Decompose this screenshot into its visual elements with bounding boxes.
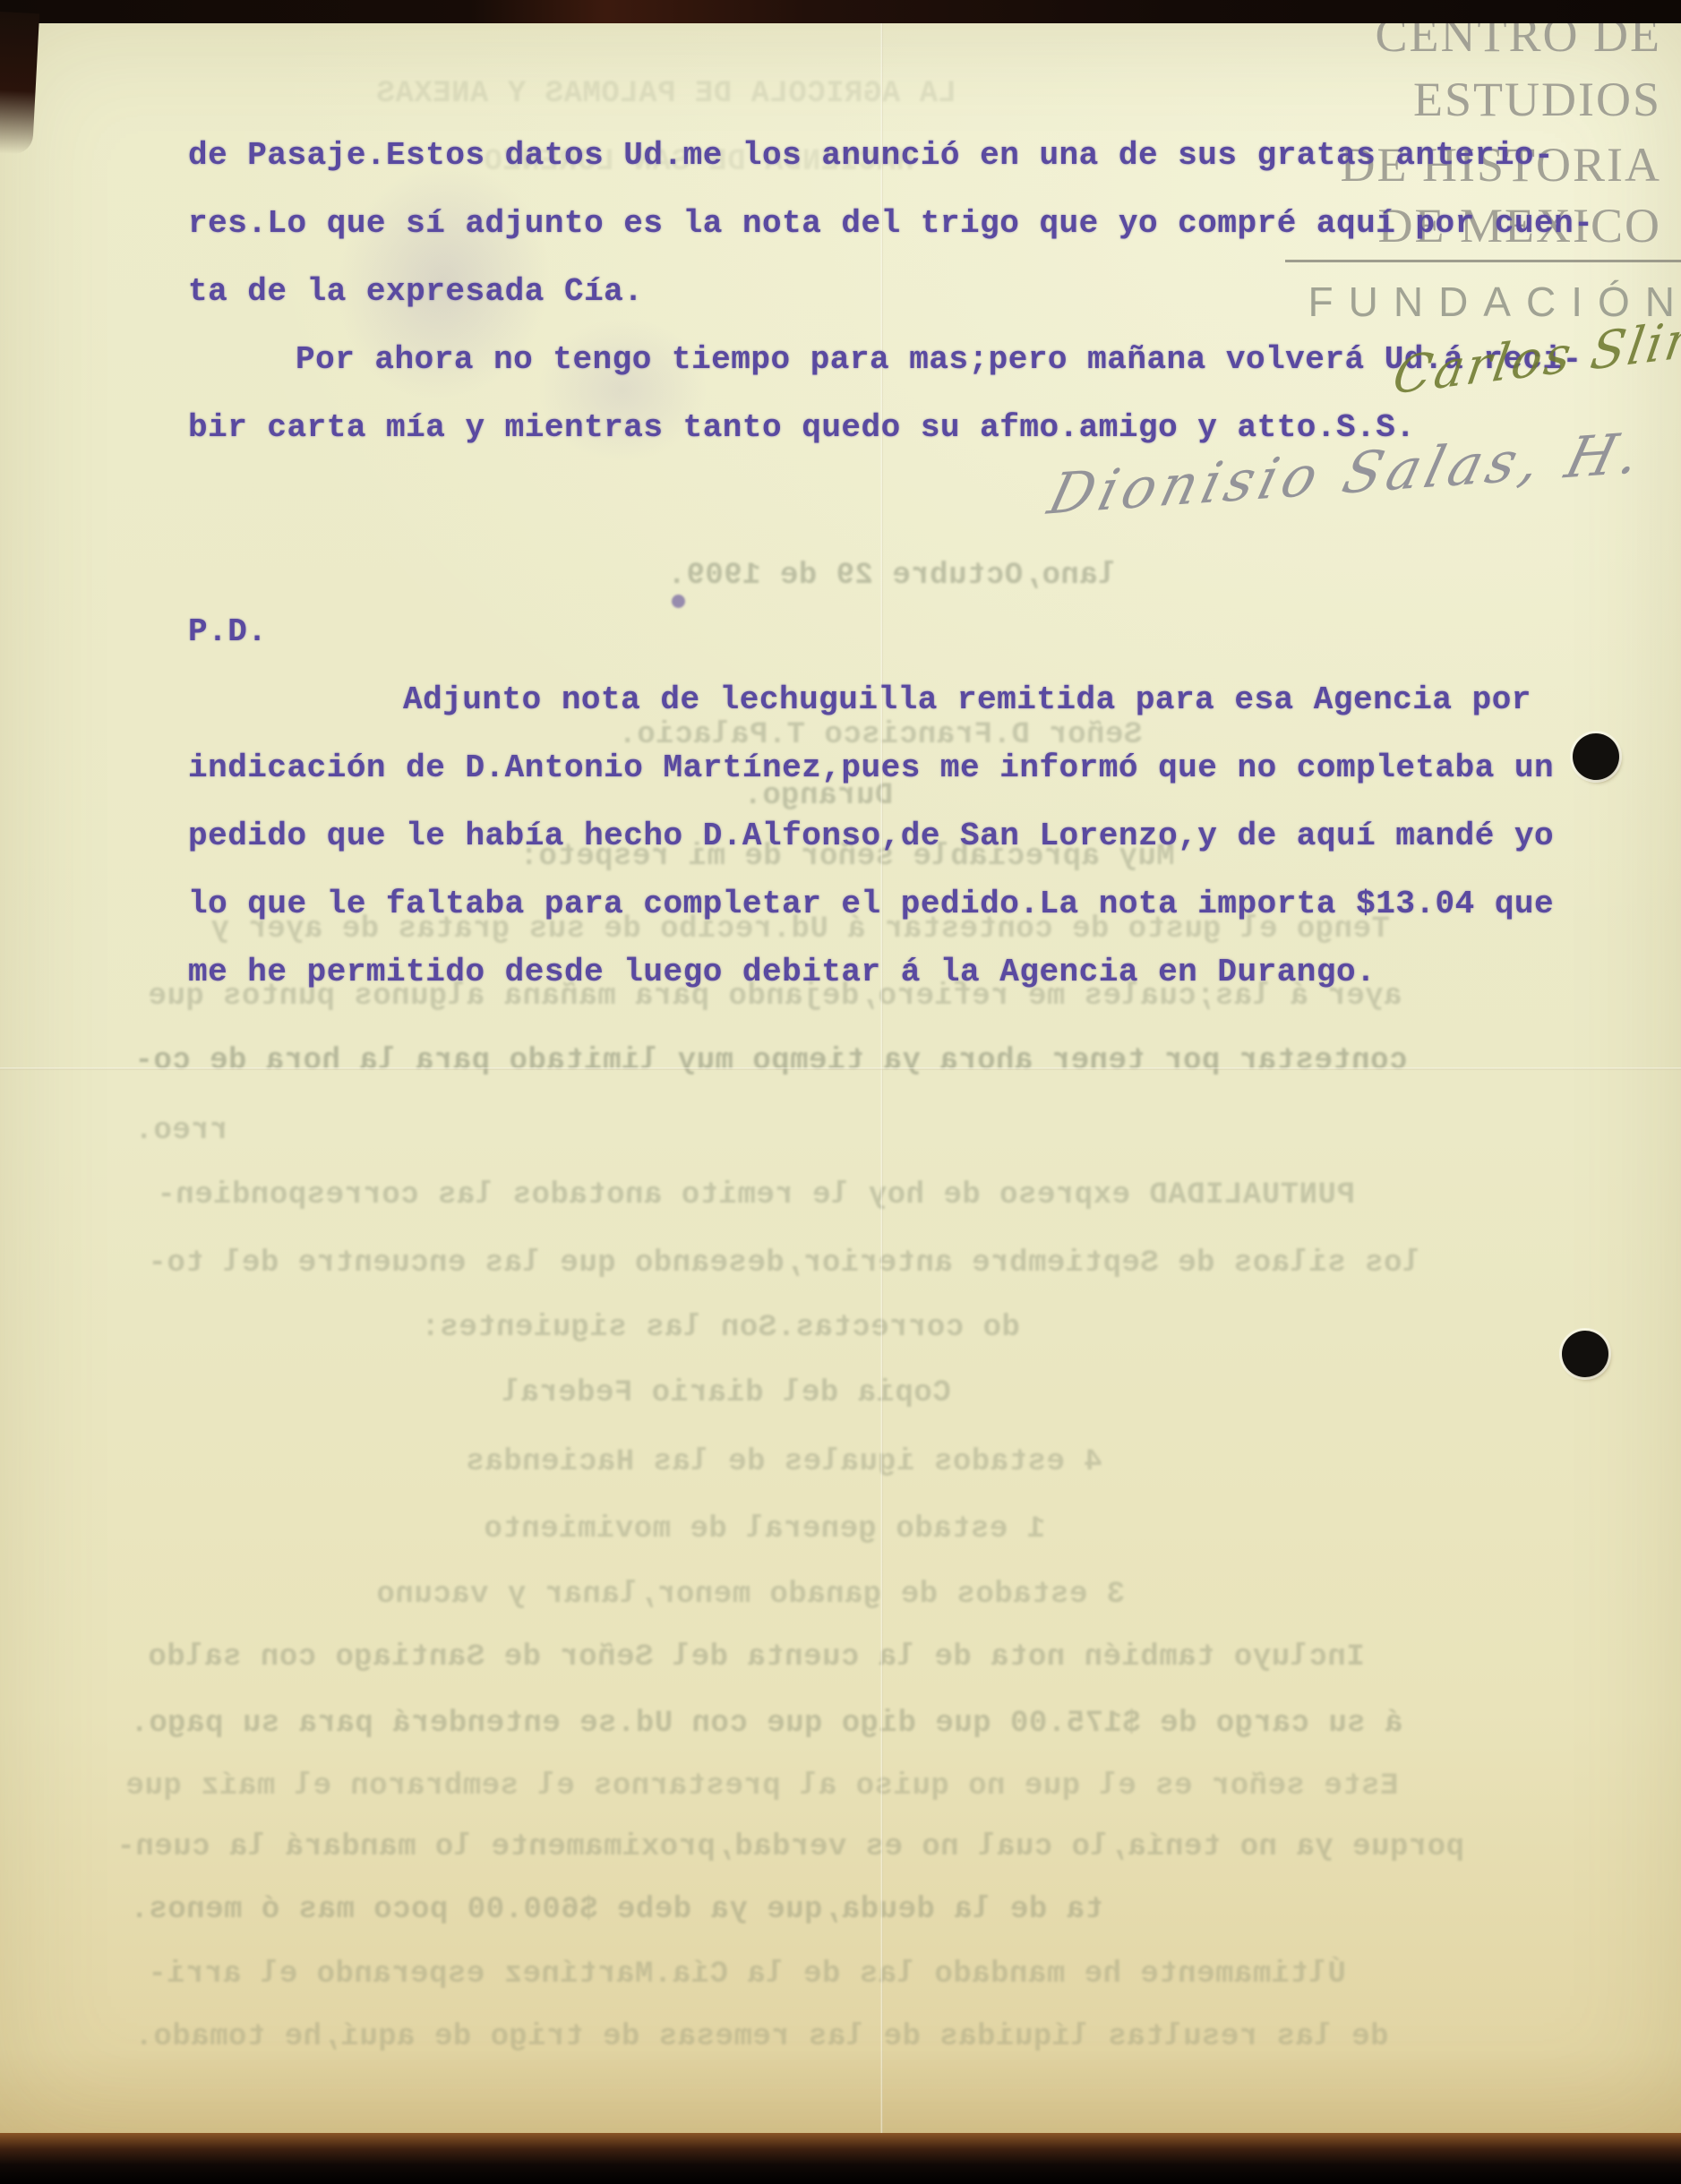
typed-line: res.Lo que sí adjunto es la nota del tri…	[188, 190, 1593, 258]
bleedthrough-line: Copia del diario Federal	[502, 1376, 951, 1410]
postscript-label: P.D.	[188, 598, 267, 666]
bleedthrough-line: los silaos de Septiembre anterior,desean…	[148, 1246, 1420, 1280]
bleedthrough-line: PUNTUALIDAD expreso de hoy le remito ano…	[157, 1178, 1355, 1212]
punch-hole	[1573, 733, 1619, 780]
typed-line: lo que le faltaba para completar el pedi…	[188, 870, 1554, 938]
typed-line: me he permitido desde luego debitar á la…	[188, 938, 1554, 1006]
bleedthrough-line: Este señor es el que no quiso al prestar…	[125, 1769, 1398, 1803]
bleedthrough-line: contestar por tener ahora ya tiempo muy …	[134, 1044, 1407, 1078]
postscript-paragraph: Adjunto nota de lechuguilla remitida par…	[188, 666, 1554, 1006]
typed-line: Adjunto nota de lechuguilla remitida par…	[188, 666, 1554, 734]
scan-edge-bottom	[0, 2133, 1681, 2184]
bleedthrough-line: Últimamente he mandado las de la Cía.Mar…	[148, 1957, 1346, 1991]
bleedthrough-line: á su cargo de $175.00 que digo que con U…	[130, 1707, 1402, 1741]
typed-line: ta de la expresada Cía.	[188, 258, 1593, 326]
letter-paragraph-1: de Pasaje.Estos datos Ud.me los anunció …	[188, 122, 1593, 326]
horizontal-fold-crease	[0, 1067, 1681, 1070]
bleedthrough-line: 3 estados de ganado menor,lanar y vacuno	[376, 1578, 1125, 1612]
bleedthrough-line: 4 estados iguales de las Haciendas	[466, 1445, 1102, 1479]
bleedthrough-line: LA AGRICOLA DE PALOMAS Y ANEXAS	[376, 77, 956, 111]
bleedthrough-line: de las resultas líquidas de las remesas …	[134, 2020, 1389, 2054]
punch-hole	[1562, 1331, 1608, 1377]
ink-dot	[672, 595, 685, 608]
bleedthrough-line: lano,Octubre 29 de 1909.	[667, 559, 1117, 593]
typed-line: Por ahora no tengo tiempo para mas;pero …	[188, 326, 1582, 394]
bleedthrough-line: Incluyo también nota de la cuenta del Se…	[148, 1640, 1365, 1674]
typed-line: de Pasaje.Estos datos Ud.me los anunció …	[188, 122, 1593, 190]
bleedthrough-line: 1 estado general de movimiento	[484, 1512, 1045, 1546]
bleedthrough-line: ta de la deuda,que ya debe $600.00 poco …	[130, 1893, 1103, 1927]
bleedthrough-line: rreo.	[134, 1114, 228, 1148]
bleedthrough-line: do correctas.Son las siguientes:	[421, 1311, 1020, 1345]
scan-edge-top	[0, 0, 1681, 23]
watermark-line: ESTUDIOS	[1413, 72, 1661, 127]
typed-line: indicación de D.Antonio Martínez,pues me…	[188, 734, 1554, 802]
scanned-letter-page: LA AGRICOLA DE PALOMAS Y ANEXASHACIENDA …	[0, 0, 1681, 2184]
typed-line: pedido que le había hecho D.Alfonso,de S…	[188, 802, 1554, 870]
bleedthrough-line: porque ya no tenía,lo cual no es verdad,…	[116, 1830, 1464, 1864]
